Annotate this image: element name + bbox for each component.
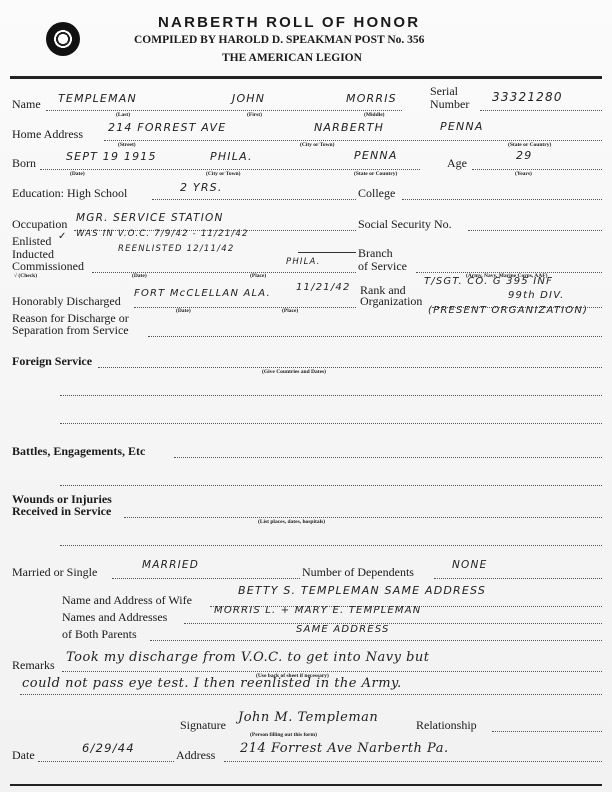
service-place-hint: (Place): [250, 273, 266, 279]
form-subtitle: COMPILED BY HAROLD D. SPEAKMAN POST No. …: [134, 34, 424, 46]
foreign-service-line-2: [60, 395, 602, 396]
date-label: Date: [12, 748, 35, 763]
marital-line: [112, 578, 300, 579]
high-school-line: [152, 199, 356, 200]
wounds-line-2: [60, 545, 602, 546]
parents-value[interactable]: MORRIS L. + MARY E. TEMPLEMAN: [214, 605, 421, 616]
birth-city-hint: (City or Town): [206, 171, 240, 177]
wife-label: Name and Address of Wife: [62, 593, 192, 608]
born-line: [40, 169, 420, 170]
relationship-label: Relationship: [416, 718, 477, 733]
home-address-line: [104, 140, 602, 141]
birth-date-value[interactable]: SEPT 19 1915: [66, 150, 157, 163]
home-address-label: Home Address: [12, 127, 83, 142]
street-hint: (Street): [118, 142, 136, 148]
wounds-line-1: [124, 517, 602, 518]
occupation-value[interactable]: MGR. SERVICE STATION: [76, 212, 224, 224]
ssn-line: [468, 230, 602, 231]
form-title: NARBERTH ROLL OF HONOR: [158, 14, 420, 31]
american-legion-emblem-icon: [46, 22, 80, 56]
occupation-label: Occupation: [12, 217, 67, 232]
inducted-dash: [298, 252, 356, 253]
marital-value[interactable]: MARRIED: [142, 559, 199, 571]
parents-line-2: [150, 640, 602, 641]
state-hint: (State or Country): [508, 142, 551, 148]
signature-value[interactable]: John M. Templeman: [238, 710, 378, 725]
remarks-line-1: [62, 671, 602, 672]
division-value[interactable]: 99th DIV.: [508, 290, 564, 301]
parents-label-1: Names and Addresses: [62, 610, 167, 625]
birth-city-value[interactable]: PHILA.: [210, 150, 253, 163]
battles-line-2: [60, 485, 602, 486]
address-label: Address: [176, 748, 215, 763]
middle-hint: (Middle): [364, 112, 384, 118]
born-label: Born: [12, 156, 36, 171]
discharge-date-note[interactable]: 11/21/42: [296, 282, 351, 293]
college-label: College: [358, 186, 395, 201]
address-value[interactable]: 214 Forrest Ave Narberth Pa.: [240, 741, 449, 756]
commission-place-value[interactable]: PHILA.: [286, 257, 321, 267]
enlisted-check-icon[interactable]: ✓: [58, 231, 66, 242]
honorably-discharged-label: Honorably Discharged: [12, 294, 121, 309]
branch-of-service-label: of Service: [358, 259, 407, 274]
high-school-value[interactable]: 2 YRS.: [180, 181, 223, 194]
parents-label-2: of Both Parents: [62, 627, 137, 642]
battles-label: Battles, Engagements, Etc: [12, 444, 145, 459]
roll-of-honor-form: NARBERTH ROLL OF HONOR COMPILED BY HAROL…: [0, 0, 612, 792]
name-line: [46, 110, 402, 111]
birth-date-hint: (Date): [70, 171, 85, 177]
age-label: Age: [447, 156, 467, 171]
remarks-line-1-value[interactable]: Took my discharge from V.O.C. to get int…: [66, 650, 430, 665]
age-hint: (Years): [515, 171, 532, 177]
state-value[interactable]: PENNA: [440, 120, 484, 133]
discharge-place-hint: (Place): [282, 308, 298, 314]
first-name-value[interactable]: JOHN: [232, 92, 265, 105]
date-line: [38, 761, 174, 762]
address-line: [224, 761, 602, 762]
inducted-note[interactable]: REENLISTED 12/11/42: [118, 244, 234, 254]
wounds-label-2: Received in Service: [12, 504, 111, 519]
rank-value[interactable]: T/SGT. CO. G 395 INF: [424, 276, 553, 287]
organization-name: THE AMERICAN LEGION: [222, 52, 362, 64]
dependents-value[interactable]: NONE: [452, 559, 487, 571]
present-organization-note[interactable]: (PRESENT ORGANIZATION): [428, 305, 588, 316]
wounds-hint: (List places, dates, hospitals): [258, 519, 325, 525]
last-name-value[interactable]: TEMPLEMAN: [58, 92, 137, 105]
middle-name-value[interactable]: MORRIS: [346, 92, 397, 105]
enlisted-note[interactable]: WAS IN V.O.C. 7/9/42 - 11/21/42: [76, 229, 249, 239]
signature-label: Signature: [180, 718, 226, 733]
city-hint: (City or Town): [300, 142, 334, 148]
commissioned-label: Commissioned: [12, 259, 84, 274]
remarks-label: Remarks: [12, 658, 55, 673]
date-value[interactable]: 6/29/44: [82, 741, 135, 755]
parents-line-1: [184, 623, 602, 624]
reason-line: [148, 336, 602, 337]
dependents-line: [434, 578, 602, 579]
foreign-service-line-3: [60, 423, 602, 424]
parents-address-value[interactable]: SAME ADDRESS: [296, 624, 390, 635]
service-date-hint: (Date): [132, 273, 147, 279]
discharge-place-value[interactable]: FORT McCLELLAN ALA.: [134, 288, 271, 299]
remarks-line-2-value[interactable]: could not pass eye test. I then reenlist…: [22, 676, 402, 691]
age-line: [472, 169, 602, 170]
age-value[interactable]: 29: [516, 149, 532, 162]
remarks-line-2: [20, 694, 602, 695]
ssn-label: Social Security No.: [358, 217, 452, 232]
discharge-date-hint: (Date): [176, 308, 191, 314]
marital-label: Married or Single: [12, 565, 97, 580]
serial-number-value[interactable]: 33321280: [492, 90, 563, 104]
foreign-service-label: Foreign Service: [12, 354, 92, 369]
signature-hint: (Person filling out this form): [250, 732, 317, 738]
last-hint: (Last): [116, 112, 130, 118]
serial-number-label: Number: [430, 97, 469, 112]
name-label: Name: [12, 97, 41, 112]
city-value[interactable]: NARBERTH: [314, 121, 384, 134]
wife-value[interactable]: BETTY S. TEMPLEMAN SAME ADDRESS: [238, 584, 486, 597]
footer-divider: [10, 784, 602, 786]
education-label: Education: High School: [12, 186, 127, 201]
first-hint: (First): [247, 112, 262, 118]
check-hint: √ (Check): [14, 273, 37, 279]
header-divider: [10, 76, 602, 79]
serial-line: [480, 110, 602, 111]
organization-label: Organization: [360, 294, 422, 309]
foreign-service-hint: (Give Countries and Dates): [262, 369, 326, 375]
relationship-line: [492, 731, 602, 732]
dependents-label: Number of Dependents: [302, 565, 414, 580]
street-value[interactable]: 214 FORREST AVE: [108, 121, 226, 134]
battles-line-1: [174, 457, 602, 458]
foreign-service-line-1: [98, 367, 602, 368]
birth-state-hint: (State or Country): [354, 171, 397, 177]
discharge-line: [134, 307, 356, 308]
birth-state-value[interactable]: PENNA: [354, 149, 398, 162]
reason-label-2: Separation from Service: [12, 323, 129, 338]
college-line: [402, 199, 602, 200]
